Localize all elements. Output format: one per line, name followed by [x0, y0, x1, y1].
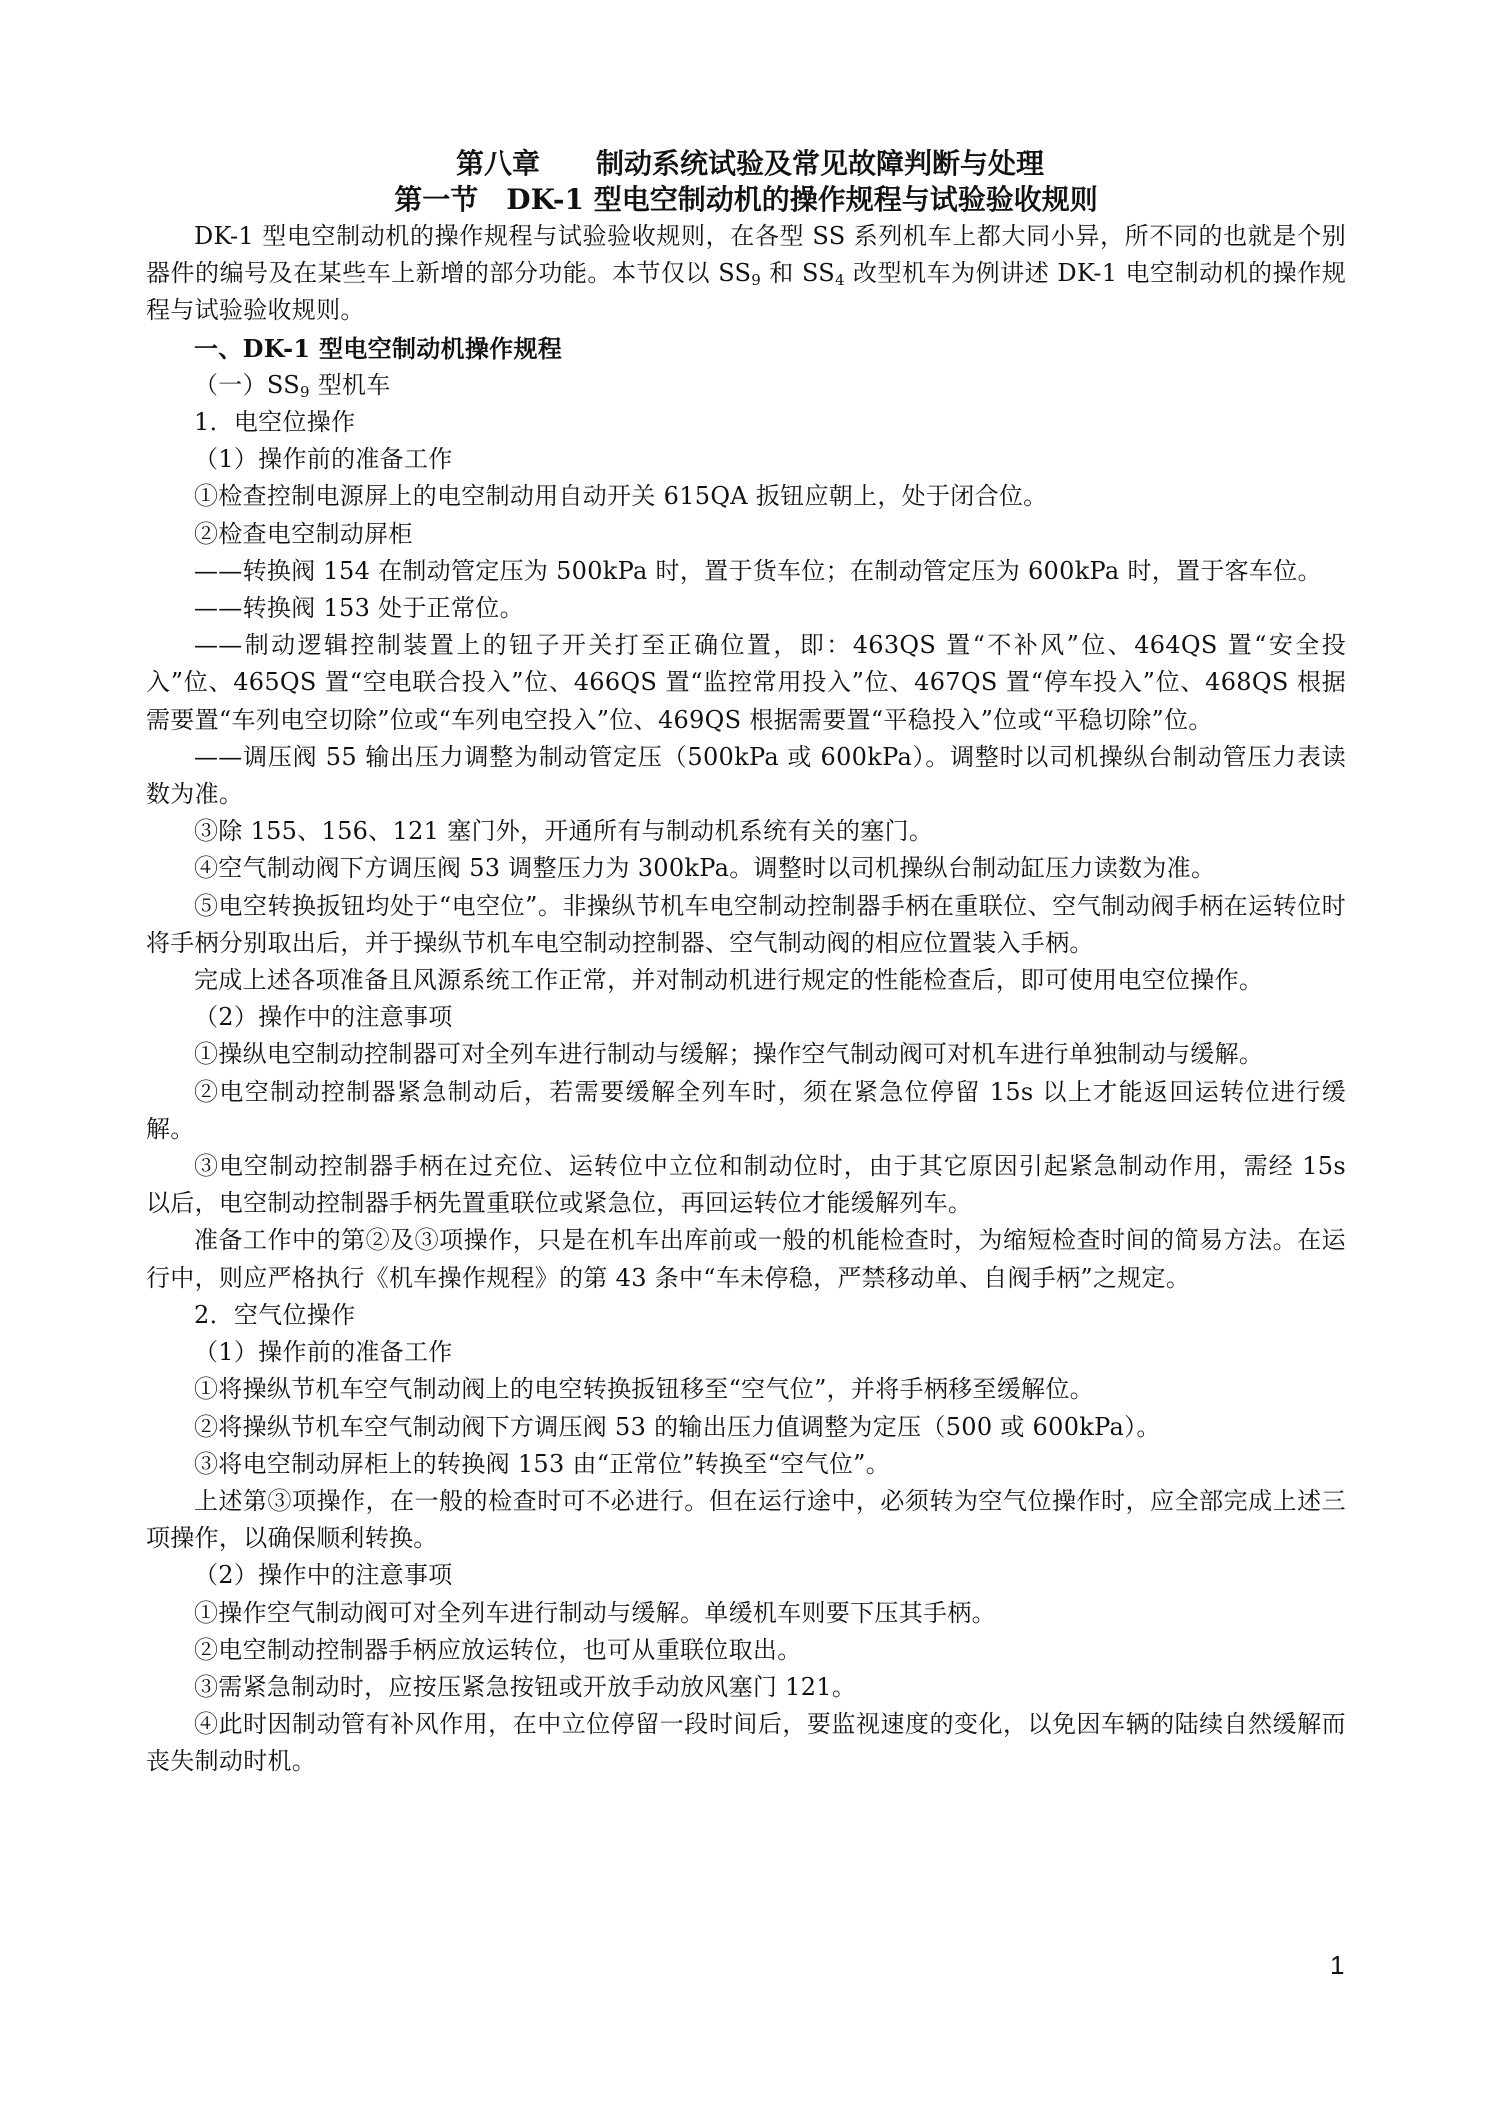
subscript: 9 [300, 383, 310, 401]
subscript: 9 [751, 271, 761, 289]
subscript: 4 [835, 271, 845, 289]
paragraph: ②检查电空制动屏柜 [146, 516, 1346, 553]
item-subheading: （1）操作前的准备工作 [146, 441, 1346, 478]
paragraph: ①检查控制电源屏上的电空制动用自动开关 615QA 扳钮应朝上，处于闭合位。 [146, 478, 1346, 515]
paragraph: 上述第③项操作，在一般的检查时可不必进行。但在运行途中，必须转为空气位操作时，应… [146, 1483, 1346, 1557]
paragraph: ——转换阀 154 在制动管定压为 500kPa 时，置于货车位；在制动管定压为… [146, 553, 1346, 590]
item-subheading: （2）操作中的注意事项 [146, 999, 1346, 1036]
paragraph: ②将操纵节机车空气制动阀下方调压阀 53 的输出压力值调整为定压（500 或 6… [146, 1409, 1346, 1446]
heading-operation-rules: 一、DK-1 型电空制动机操作规程 [146, 330, 1346, 367]
paragraph: ④空气制动阀下方调压阀 53 调整压力为 300kPa。调整时以司机操纵台制动缸… [146, 850, 1346, 887]
subsection-ss9: （一）SS9 型机车 [146, 367, 1346, 404]
paragraph: 完成上述各项准备且风源系统工作正常，并对制动机进行规定的性能检查后，即可使用电空… [146, 962, 1346, 999]
chapter-title: 第八章 制动系统试验及常见故障判断与处理 [154, 146, 1346, 182]
page-number: 1 [1330, 1950, 1344, 1981]
item-heading: 1．电空位操作 [146, 404, 1346, 441]
paragraph: ①操作空气制动阀可对全列车进行制动与缓解。单缓机车则要下压其手柄。 [146, 1595, 1346, 1632]
paragraph: 准备工作中的第②及③项操作，只是在机车出库前或一般的机能检查时，为缩短检查时间的… [146, 1222, 1346, 1296]
item-heading: 2．空气位操作 [146, 1297, 1346, 1334]
paragraph: ③需紧急制动时，应按压紧急按钮或开放手动放风塞门 121。 [146, 1669, 1346, 1706]
item-subheading: （1）操作前的准备工作 [146, 1334, 1346, 1371]
paragraph: ——调压阀 55 输出压力调整为制动管定压（500kPa 或 600kPa）。调… [146, 739, 1346, 813]
paragraph: ——转换阀 153 处于正常位。 [146, 590, 1346, 627]
paragraph: ①将操纵节机车空气制动阀上的电空转换扳钮移至“空气位”，并将手柄移至缓解位。 [146, 1371, 1346, 1408]
paragraph: ②电空制动控制器紧急制动后，若需要缓解全列车时，须在紧急位停留 15s 以上才能… [146, 1074, 1346, 1148]
intro-paragraph: DK-1 型电空制动机的操作规程与试验验收规则，在各型 SS 系列机车上都大同小… [146, 218, 1346, 330]
paragraph: ——制动逻辑控制装置上的钮子开关打至正确位置，即：463QS 置“不补风”位、4… [146, 627, 1346, 739]
paragraph: ④此时因制动管有补风作用，在中立位停留一段时间后，要监视速度的变化，以免因车辆的… [146, 1706, 1346, 1780]
section-title: 第一节 DK-1 型电空制动机的操作规程与试验验收规则 [146, 182, 1346, 218]
subsection-text-b: 型机车 [310, 371, 391, 399]
paragraph: ②电空制动控制器手柄应放运转位，也可从重联位取出。 [146, 1632, 1346, 1669]
paragraph: ③电空制动控制器手柄在过充位、运转位中立位和制动位时，由于其它原因引起紧急制动作… [146, 1148, 1346, 1222]
subsection-text-a: （一）SS [194, 371, 300, 399]
item-subheading: （2）操作中的注意事项 [146, 1557, 1346, 1594]
paragraph: ⑤电空转换扳钮均处于“电空位”。非操纵节机车电空制动控制器手柄在重联位、空气制动… [146, 888, 1346, 962]
paragraph: ①操纵电空制动控制器可对全列车进行制动与缓解；操作空气制动阀可对机车进行单独制动… [146, 1036, 1346, 1073]
paragraph: ③除 155、156、121 塞门外，开通所有与制动机系统有关的塞门。 [146, 813, 1346, 850]
intro-text-b: 和 SS [761, 259, 835, 287]
document-page: 第八章 制动系统试验及常见故障判断与处理 第一节 DK-1 型电空制动机的操作规… [146, 146, 1346, 1781]
paragraph: ③将电空制动屏柜上的转换阀 153 由“正常位”转换至“空气位”。 [146, 1446, 1346, 1483]
